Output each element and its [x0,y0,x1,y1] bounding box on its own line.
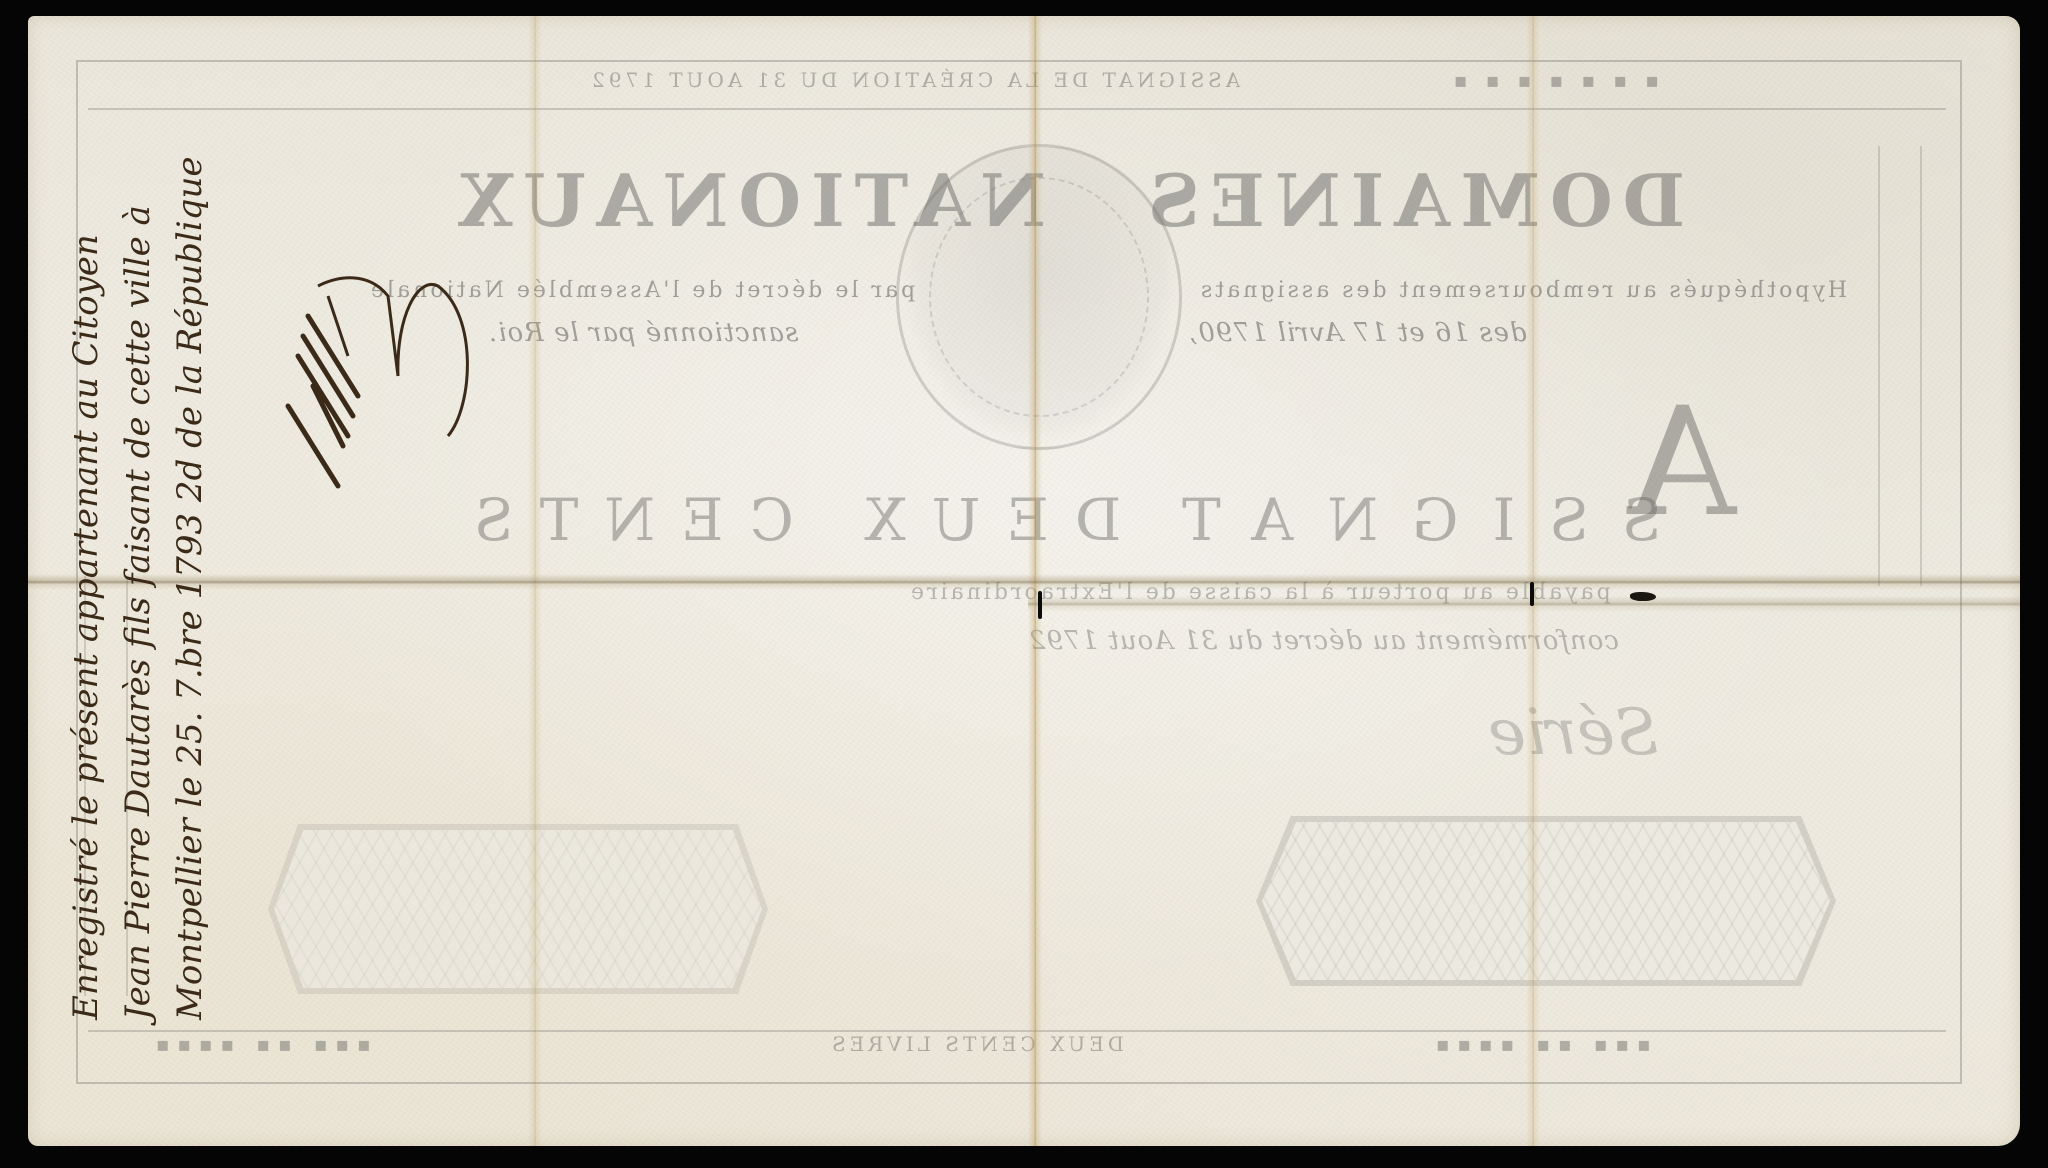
serial-script: Série [1488,696,1659,770]
left-hex-cartouche [268,824,768,994]
tear-center [1038,591,1042,619]
endorsement-line-2: Jean Pierre Dautarès fils faisant de cet… [112,100,164,1020]
hypotheque-line: Hypothéqués au remboursement des assigna… [1198,278,1847,303]
right-side-ornament [1878,146,1922,586]
title-domaines: DOMAINES [1138,158,1685,243]
tear-right [1530,582,1534,606]
top-band-serial: ▪ ▪ ▪ ▪ ▪ ▪ ▪ [1448,68,1659,92]
endorsement-line-1: Enregistré le présent appartenant au Cit… [60,100,112,1020]
horizontal-fold [28,574,2020,590]
ink-blot [1630,592,1656,601]
bottom-band-left: DEUX CENTS LIVRES [828,1032,1124,1056]
horizontal-fold-crease [1028,596,2020,612]
value-words: DEUX CENTS [448,486,1121,554]
endorsement-line-3: Montpellier le 25. 7.bre 1793 2d de la R… [164,100,216,1020]
signature-flourish [278,256,478,496]
assignat-word: SSIGNAT [1148,486,1662,554]
top-band-text: ASSIGNAT DE LA CRÉATION DU 31 AOUT 1792 [588,68,1240,92]
assignat-banknote: ASSIGNAT DE LA CRÉATION DU 31 AOUT 1792 … [28,16,2020,1146]
bottom-band-serial-left: ▪▪▪ ▪▪ ▪▪▪▪ [148,1032,371,1056]
handwritten-endorsement: Enregistré le présent appartenant au Cit… [60,100,216,1020]
dates-line: des 16 et 17 Avril 1790, [1188,318,1527,348]
right-hex-cartouche [1256,816,1836,986]
